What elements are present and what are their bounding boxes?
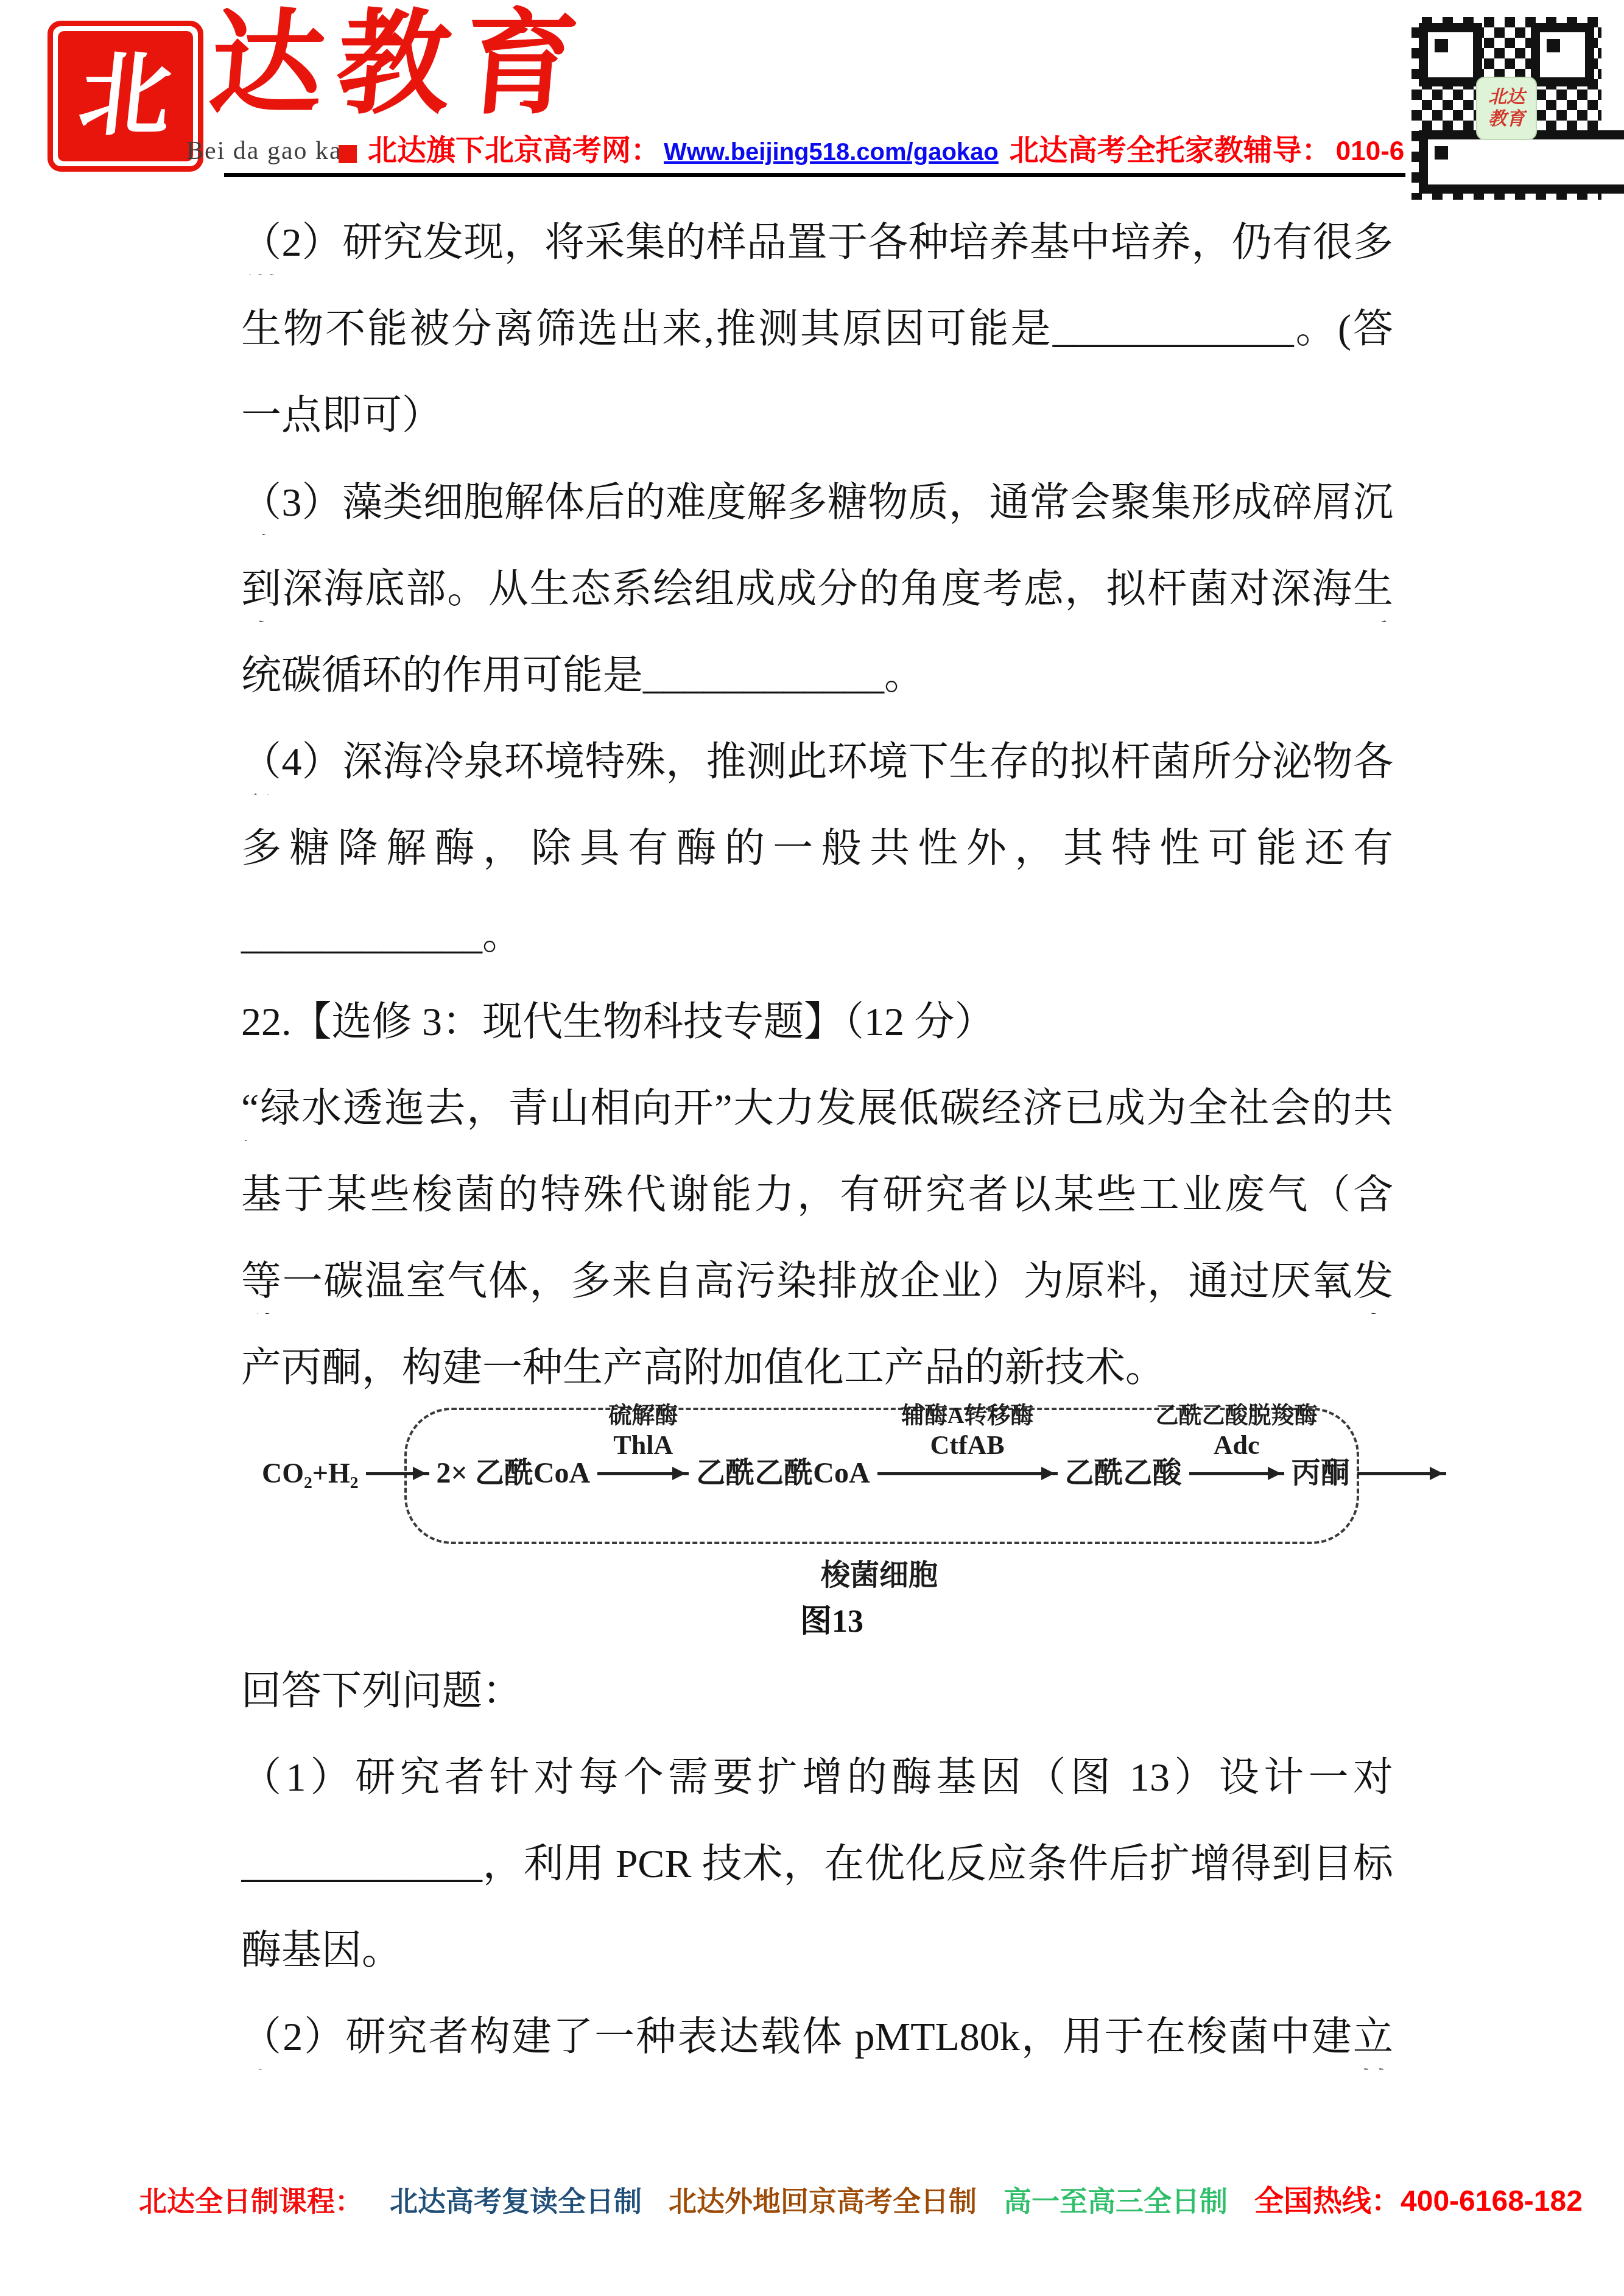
enzyme-ctfab-abbr: CtfAB (901, 1430, 1033, 1462)
figure-13: CO₂+H₂ 2× 乙酰CoA 硫解酶 ThlA 乙酰乙酰CoA 辅酶A转移酶 … (241, 1399, 1422, 1644)
seal-background: 北 (58, 31, 193, 161)
arrow-ctfab-icon: 辅酶A转移酶 CtfAB (877, 1472, 1058, 1475)
enzyme-adc-cn: 乙酰乙酸脱羧酶 (1156, 1402, 1318, 1430)
footer-grade-program: 高一至高三全日制 (1004, 2179, 1228, 2219)
answer-prompt: 回答下列问题： (241, 1665, 1393, 1718)
q22-2-line1: （2）研究者构建了一种表达载体 pMTL80k，用于在梭菌中建立多基 (241, 2011, 1393, 2070)
pathway-chain: CO₂+H₂ 2× 乙酰CoA 硫解酶 ThlA 乙酰乙酰CoA 辅酶A转移酶 … (262, 1458, 1446, 1490)
qr-badge-line2: 教育 (1488, 110, 1525, 128)
q22-intro-line4: 产丙酮，构建一种生产高附加值化工产品的新技术。 (241, 1342, 1393, 1394)
node-acetone: 丙酮 (1292, 1458, 1350, 1490)
brand-seal-logo: 北 (47, 21, 203, 172)
qr-center-badge: 北达 教育 (1476, 77, 1537, 140)
qr-code: 北达 教育 (1405, 13, 1608, 203)
q3-line1: （3）藻类细胞解体后的难度解多糖物质，通常会聚集形成碎屑沉降 (241, 477, 1393, 535)
footer-courses-label: 北达全日制课程： (139, 2179, 363, 2219)
qr-finder-top-right (1531, 23, 1594, 86)
enzyme-adc-label: 乙酰乙酸脱羧酶 Adc (1156, 1402, 1318, 1462)
q2-line1: （2）研究发现，将采集的样品置于各种培养基中培养，仍有很多微 (241, 217, 1393, 275)
q2-line3: 一点即可） (241, 390, 1393, 442)
q3-line2: 到深海底部。从生态系绘组成成分的角度考虑，拟杆菌对深海生态系 (241, 563, 1393, 622)
site-url-link[interactable]: Www.beijing518.com/gaokao (664, 139, 999, 166)
cell-label: 梭菌细胞 (404, 1551, 1354, 1593)
arrow-into-cell-icon (366, 1472, 429, 1475)
brand-pinyin: Bei da gao kao (186, 136, 356, 166)
enzyme-thla-label: 硫解酶 ThlA (608, 1402, 678, 1462)
q4-line2: 多糖降解酶，除具有酶的一般共性外，其特性可能还有 (241, 823, 1393, 875)
q22-intro-line1: “绿水透迤去，青山相向开”大力发展低碳经济已成为全社会的共识。 (241, 1083, 1393, 1141)
enzyme-thla-abbr: ThlA (608, 1430, 678, 1462)
tutor-label: 北达高考全托家教辅导： (1010, 135, 1331, 167)
q3-line3-with-blank: 统碳循环的作用可能是____________。 (241, 650, 1393, 702)
node-acetoacetyl-coa: 乙酰乙酰CoA (696, 1458, 870, 1490)
qr-finder-top-left (1419, 23, 1482, 86)
q22-1-line3: 酶基因。 (241, 1925, 1393, 1977)
q22-1-line2-with-blank: ____________，利用 PCR 技术，在优化反应条件后扩增得到目标 (241, 1838, 1393, 1891)
seal-character: 北 (75, 51, 176, 142)
node-co2-h2: CO₂+H₂ (262, 1458, 359, 1489)
brand-calligraphy: 达教育 (205, 6, 596, 134)
enzyme-ctfab-cn: 辅酶A转移酶 (901, 1402, 1033, 1430)
site-label: 北达旗下北京高考网： (368, 135, 660, 167)
footer-fudu-program: 北达高考复读全日制 (390, 2179, 642, 2219)
q4-line1: （4）深海冷泉环境特殊，推测此环境下生存的拟杆菌所分泌物各种 (241, 736, 1393, 795)
q4-blank-line: ____________。 (241, 910, 1393, 962)
q2-line2-with-blank: 生物不能被分离筛选出来,推测其原因可能是____________。(答 (241, 303, 1393, 356)
q22-intro-line2: 基于某些梭菌的特殊代谢能力，有研究者以某些工业废气（含 CO2 (241, 1169, 1393, 1227)
header-divider (224, 173, 1430, 177)
page: { "header": { "seal_char": "北", "brand_s… (0, 0, 1624, 2296)
header-contact-line: 北达旗下北京高考网：Www.beijing518.com/gaokao北达高考全… (368, 127, 1509, 169)
arrow-out-of-cell-icon (1357, 1472, 1446, 1475)
q22-heading: 22.【选修 3：现代生物科技专题】（12 分） (241, 996, 1393, 1048)
figure-caption: 图13 (241, 1595, 1422, 1641)
footer-course-bar: 北达全日制课程： 北达高考复读全日制 北达外地回京高考全日制 高一至高三全日制 … (139, 2177, 1583, 2219)
q22-1-line1: （1）研究者针对每个需要扩增的酶基因（图 13）设计一对 (241, 1752, 1393, 1804)
arrow-thla-icon: 硫解酶 ThlA (597, 1472, 689, 1475)
enzyme-thla-cn: 硫解酶 (608, 1402, 678, 1430)
footer-huijing-program: 北达外地回京高考全日制 (669, 2179, 977, 2219)
node-acetoacetate: 乙酰乙酸 (1065, 1458, 1182, 1490)
enzyme-ctfab-label: 辅酶A转移酶 CtfAB (901, 1402, 1033, 1462)
red-square-icon (339, 145, 357, 163)
arrow-adc-icon: 乙酰乙酸脱羧酶 Adc (1189, 1472, 1284, 1475)
footer-hotline: 全国热线：400-6168-182 (1254, 2177, 1583, 2219)
node-acetyl-coa: 2× 乙酰CoA (437, 1458, 591, 1490)
enzyme-adc-abbr: Adc (1156, 1430, 1318, 1462)
q22-intro-line3: 等一碳温室气体，多来自高污染排放企业）为原料，通过厌氧发酵生 (241, 1255, 1393, 1314)
qr-badge-line1: 北达 (1488, 88, 1525, 107)
